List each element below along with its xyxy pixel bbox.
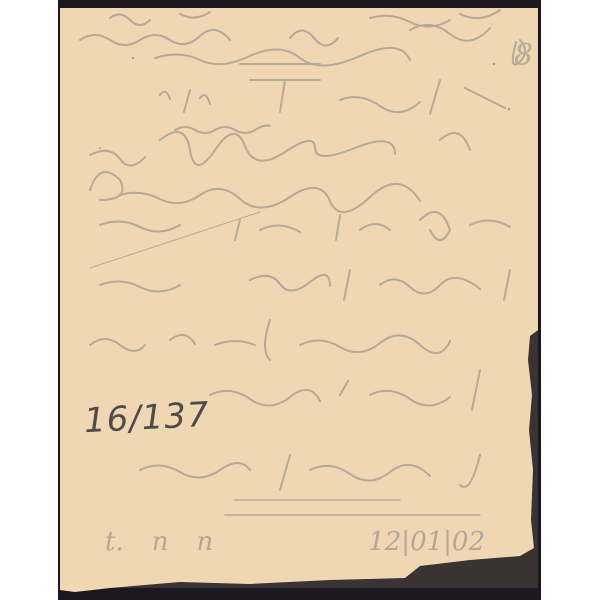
bottom-date: 12|01|02 xyxy=(368,527,485,557)
paper-sheet xyxy=(0,0,600,600)
bottom-notation: t. n n 12|01|02 xyxy=(105,522,505,562)
reference-number: 16/137 xyxy=(83,395,211,442)
bottom-mark-2: n xyxy=(152,527,169,557)
page-mark: 8 xyxy=(514,38,533,73)
bottom-mark-1: t. xyxy=(105,527,124,557)
bottom-mark-3: n xyxy=(196,527,213,557)
